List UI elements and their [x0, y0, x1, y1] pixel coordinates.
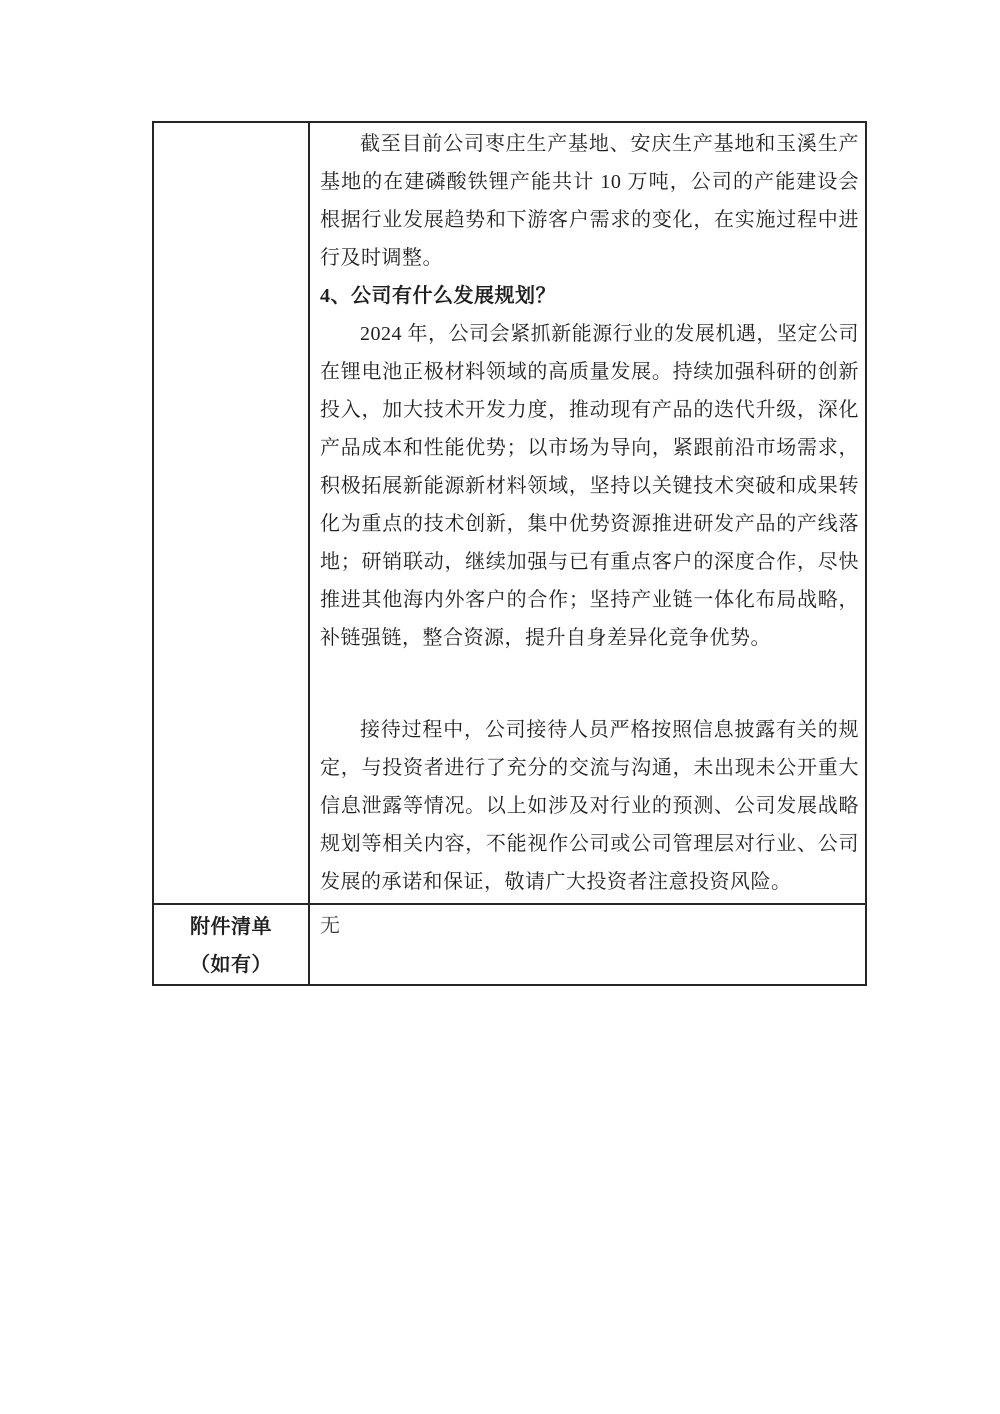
main-content-cell: 截至目前公司枣庄生产基地、安庆生产基地和玉溪生产基地的在建磷酸铁锂产能共计 10…	[310, 123, 865, 903]
table-row-main: 截至目前公司枣庄生产基地、安庆生产基地和玉溪生产基地的在建磷酸铁锂产能共计 10…	[154, 123, 865, 903]
attachment-list-value: 无	[320, 907, 859, 945]
document-page: 截至目前公司枣庄生产基地、安庆生产基地和玉溪生产基地的在建磷酸铁锂产能共计 10…	[0, 0, 1000, 1414]
table-row-attachment-list: 附件清单 （如有） 无	[154, 903, 865, 984]
attachment-list-label: 附件清单	[190, 908, 272, 946]
attachment-list-label-cell: 附件清单 （如有）	[154, 905, 310, 984]
label-cell-empty	[154, 123, 310, 903]
attachment-list-value-cell: 无	[310, 905, 865, 984]
attachment-list-label-note: （如有）	[190, 946, 272, 984]
paragraph-capacity-status: 截至目前公司枣庄生产基地、安庆生产基地和玉溪生产基地的在建磷酸铁锂产能共计 10…	[320, 125, 859, 277]
investor-record-table: 截至目前公司枣庄生产基地、安庆生产基地和玉溪生产基地的在建磷酸铁锂产能共计 10…	[152, 121, 867, 986]
question-heading-development-plan: 4、公司有什么发展规划？	[320, 277, 859, 315]
paragraph-disclaimer: 接待过程中，公司接待人员严格按照信息披露有关的规定，与投资者进行了充分的交流与沟…	[320, 711, 859, 901]
paragraph-development-plan: 2024 年，公司会紧抓新能源行业的发展机遇，坚定公司在锂电池正极材料领域的高质…	[320, 315, 859, 657]
blank-line-spacer	[320, 657, 859, 711]
